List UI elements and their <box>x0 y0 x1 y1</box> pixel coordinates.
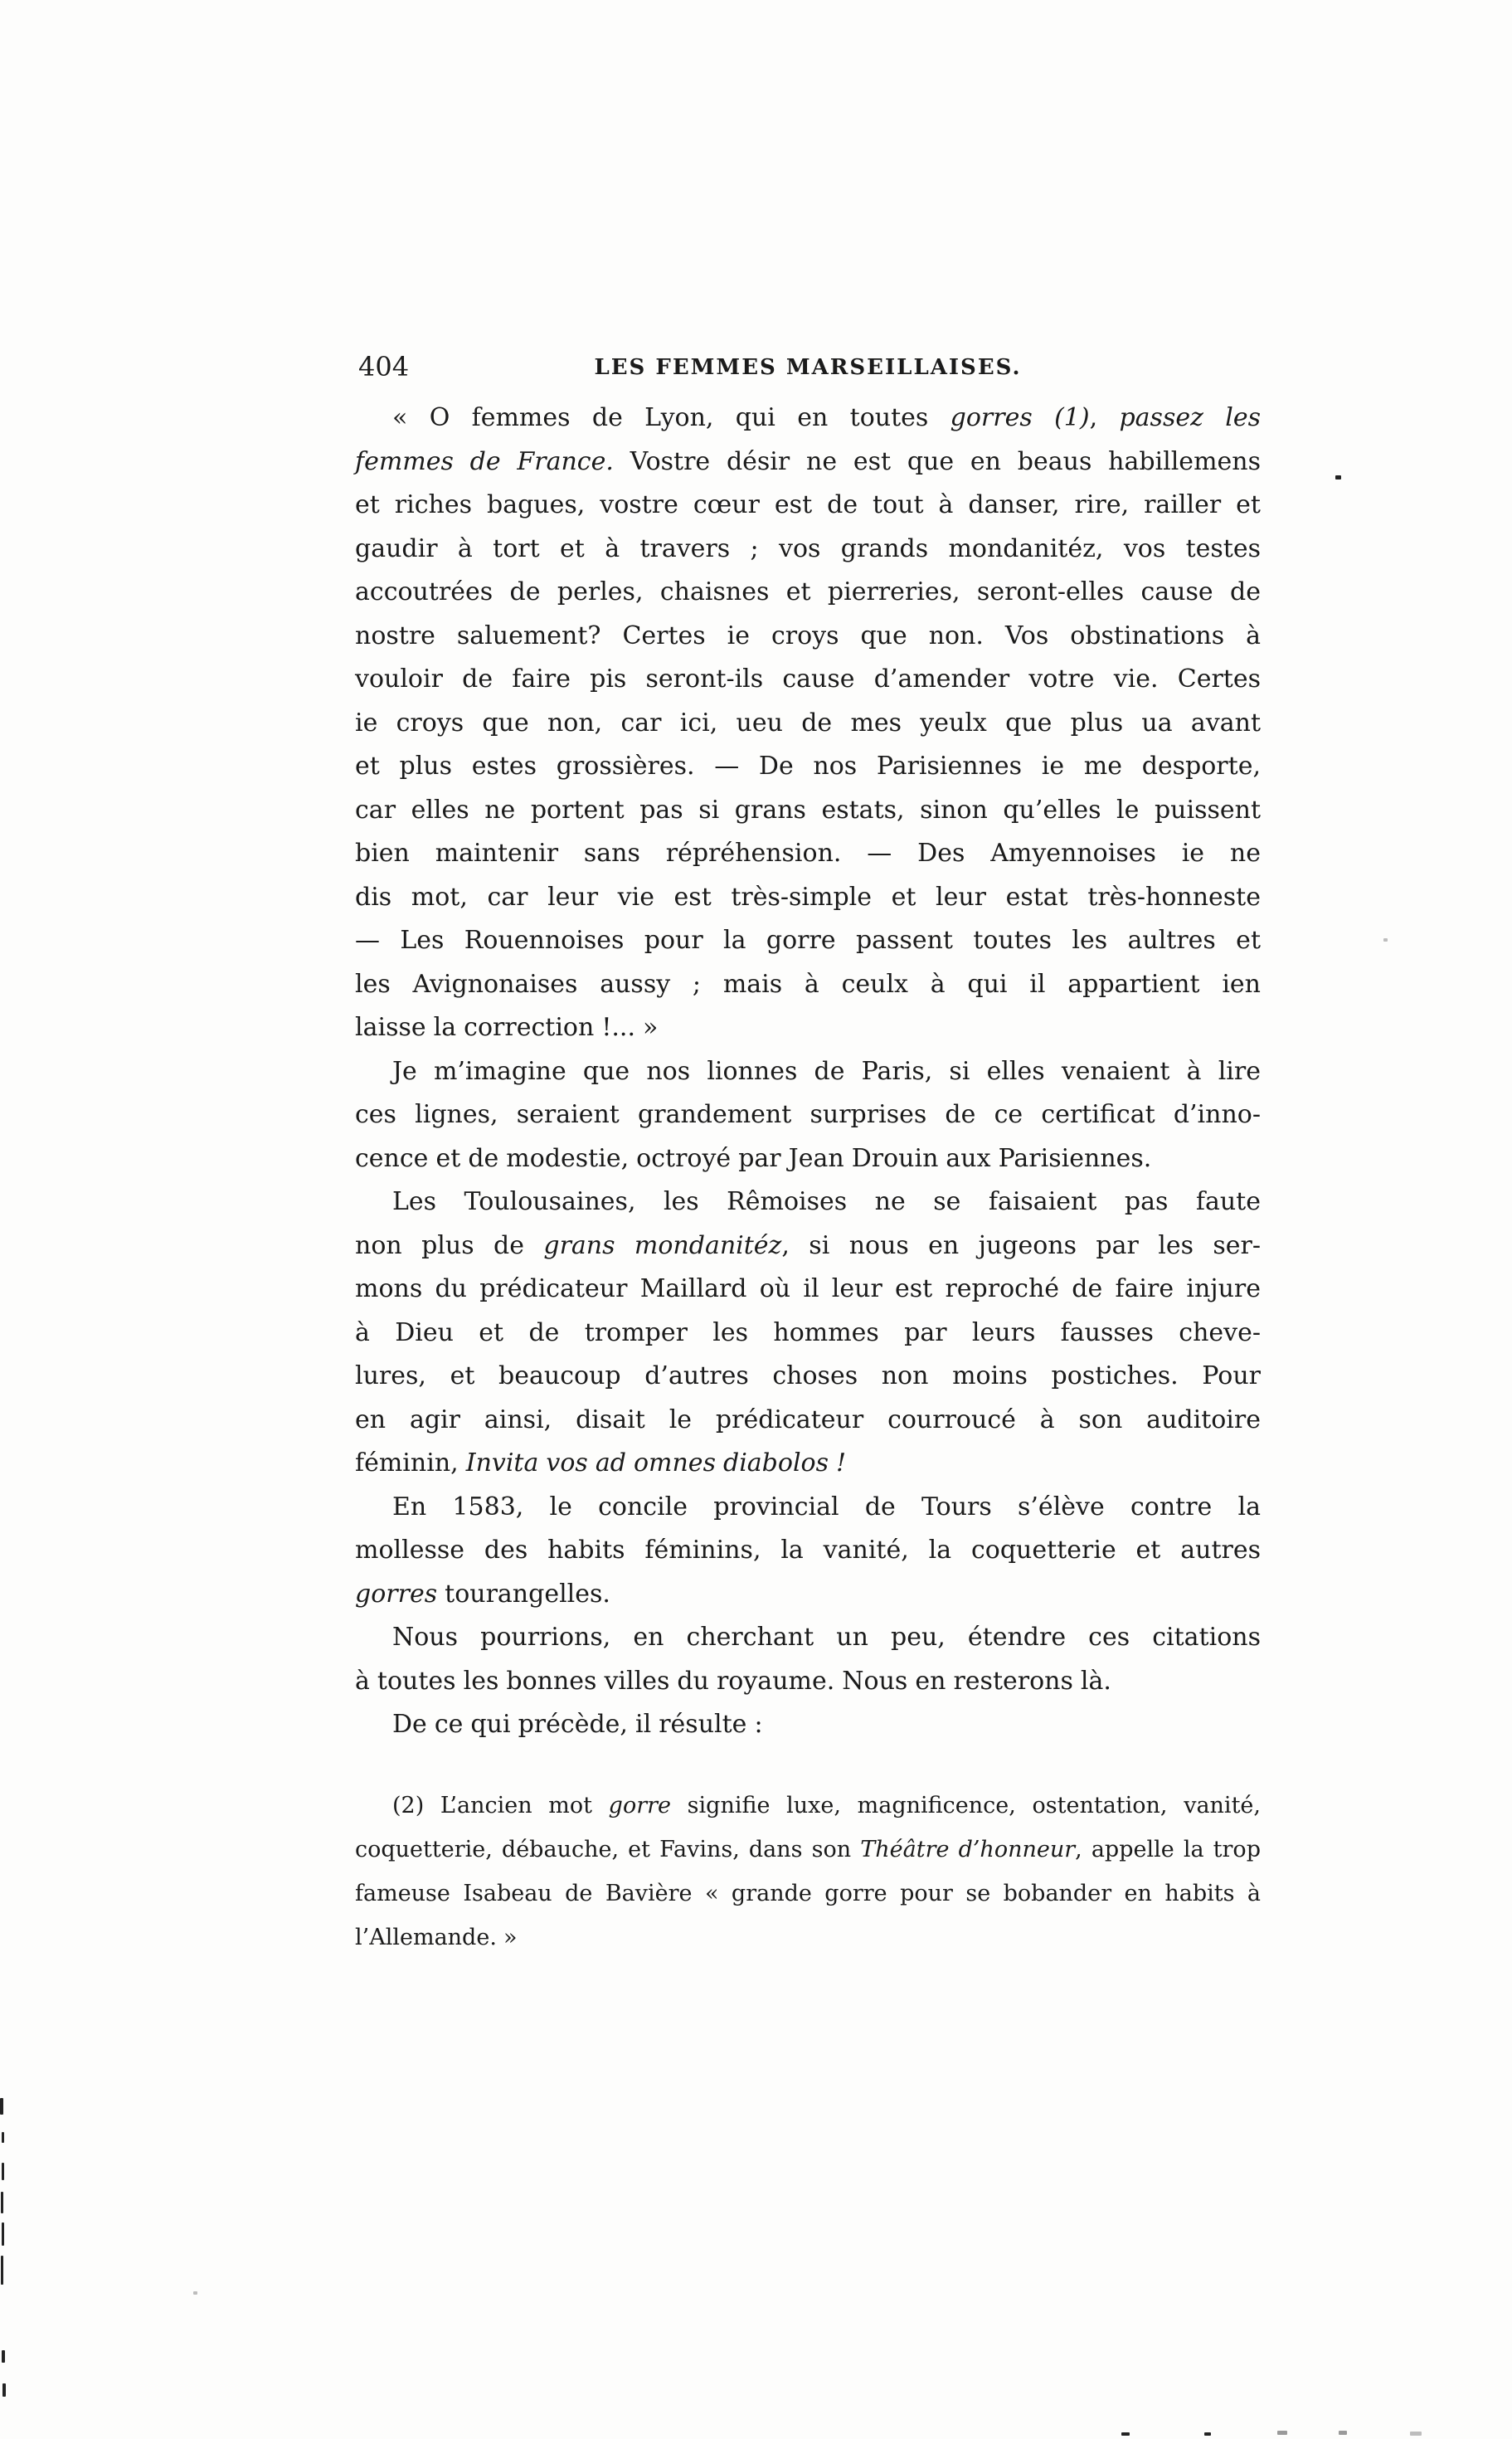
text-segment: gaudir à tort et à travers ; vos grands … <box>355 534 1261 563</box>
text-line: De ce qui précède, il résulte : <box>355 1703 1261 1747</box>
text-line: en agir ainsi, disait le prédicateur cou… <box>355 1399 1261 1443</box>
text-line: lures, et beaucoup d’autres choses non m… <box>355 1355 1261 1399</box>
text-segment: , <box>1090 403 1120 432</box>
text-line: femmes de France. Vostre désir ne est qu… <box>355 441 1261 484</box>
text-line: « O femmes de Lyon, qui en toutes gorres… <box>355 397 1261 441</box>
text-segment: (2) L’ancien mot <box>392 1793 609 1818</box>
text-line: laisse la correction !... » <box>355 1006 1261 1050</box>
text-segment: — Les Rouennoises pour la gorre passent … <box>355 926 1261 955</box>
text-segment: laisse la correction !... » <box>355 1013 658 1042</box>
footnote-text: (2) L’ancien mot gorre signifie luxe, ma… <box>355 1784 1261 1959</box>
text-line: l’Allemande. » <box>355 1916 1261 1959</box>
text-line: Nous pourrions, en cherchant un peu, éte… <box>355 1616 1261 1660</box>
text-segment: « O femmes de Lyon, qui en toutes <box>392 403 950 432</box>
text-line: les Avignonaises aussy ; mais à ceulx à … <box>355 963 1261 1007</box>
text-line: car elles ne portent pas si grans estats… <box>355 789 1261 833</box>
text-line: Je m’imagine que nos lionnes de Paris, s… <box>355 1050 1261 1094</box>
text-line: (2) L’ancien mot gorre signifie luxe, ma… <box>355 1784 1261 1828</box>
text-line: coquetterie, débauche, et Favins, dans s… <box>355 1828 1261 1872</box>
text-segment: à Dieu et de tromper les hommes par leur… <box>355 1318 1261 1347</box>
text-segment: En 1583, le concile provincial de Tours … <box>392 1492 1261 1521</box>
italic-text-segment: passez les <box>1119 403 1261 432</box>
page-header: 404 LES FEMMES MARSEILLAISES. <box>355 352 1261 385</box>
scan-artifact <box>1204 2432 1211 2436</box>
text-segment: les Avignonaises aussy ; mais à ceulx à … <box>355 970 1261 999</box>
text-line: Les Toulousaines, les Rêmoises ne se fai… <box>355 1181 1261 1224</box>
scanned-book-page: 404 LES FEMMES MARSEILLAISES. « O femmes… <box>0 0 1512 2439</box>
text-segment: coquetterie, débauche, et Favins, dans s… <box>355 1837 860 1862</box>
italic-text-segment: gorres <box>355 1580 437 1609</box>
text-segment: ie croys que non, car ici, ueu de mes ye… <box>355 708 1261 738</box>
text-segment: non plus de <box>355 1231 543 1260</box>
text-segment: , appelle la trop <box>1075 1837 1261 1862</box>
text-segment: cence et de modestie, octroyé par Jean D… <box>355 1144 1151 1173</box>
text-line: féminin, Invita vos ad omnes diabolos ! <box>355 1442 1261 1486</box>
text-line: mollesse des habits féminins, la vanité,… <box>355 1529 1261 1573</box>
text-segment: lures, et beaucoup d’autres choses non m… <box>355 1361 1261 1390</box>
text-segment: nostre saluement? Certes ie croys que no… <box>355 621 1261 650</box>
italic-text-segment: Théâtre d’honneur <box>860 1837 1075 1862</box>
text-segment: fameuse Isabeau de Bavière « grande gorr… <box>355 1881 1261 1906</box>
text-segment: Vostre désir ne est que en beaus habille… <box>614 447 1261 476</box>
scan-artifact <box>1277 2431 1287 2435</box>
text-line: accoutrées de perles, chaisnes et pierre… <box>355 571 1261 615</box>
text-line: et riches bagues, vostre cœur est de tou… <box>355 484 1261 528</box>
scan-artifact <box>1335 475 1341 480</box>
text-line: bien maintenir sans répréhension. — Des … <box>355 832 1261 876</box>
text-segment: Les Toulousaines, les Rêmoises ne se fai… <box>392 1187 1261 1216</box>
text-segment: tourangelles. <box>437 1580 610 1609</box>
body-text: « O femmes de Lyon, qui en toutes gorres… <box>355 397 1261 1747</box>
scan-artifact <box>1383 938 1388 942</box>
scan-artifact <box>0 2098 3 2115</box>
text-line: non plus de grans mondanitéz, si nous en… <box>355 1224 1261 1268</box>
scan-artifact <box>1121 2432 1130 2436</box>
scan-artifact <box>2 2350 5 2363</box>
text-segment: bien maintenir sans répréhension. — Des … <box>355 839 1261 868</box>
scan-artifact <box>2 2132 4 2143</box>
text-segment: en agir ainsi, disait le prédicateur cou… <box>355 1405 1261 1434</box>
text-segment: car elles ne portent pas si grans estats… <box>355 796 1261 825</box>
text-segment: De ce qui précède, il résulte : <box>392 1710 763 1739</box>
text-segment: et riches bagues, vostre cœur est de tou… <box>355 490 1261 519</box>
scan-artifact <box>193 2291 197 2295</box>
text-segment: à toutes les bonnes villes du royaume. N… <box>355 1667 1111 1696</box>
text-line: mons du prédicateur Maillard où il leur … <box>355 1268 1261 1312</box>
text-line: gaudir à tort et à travers ; vos grands … <box>355 528 1261 572</box>
text-segment: Nous pourrions, en cherchant un peu, éte… <box>392 1623 1261 1652</box>
running-title: LES FEMMES MARSEILLAISES. <box>355 354 1261 381</box>
text-line: nostre saluement? Certes ie croys que no… <box>355 615 1261 659</box>
text-segment: féminin, <box>355 1448 466 1478</box>
scan-artifact <box>1410 2432 1422 2436</box>
italic-text-segment: gorre <box>609 1793 671 1818</box>
text-segment: mollesse des habits féminins, la vanité,… <box>355 1536 1261 1565</box>
text-segment: l’Allemande. » <box>355 1925 518 1950</box>
italic-text-segment: femmes de France. <box>355 447 614 476</box>
text-line: à toutes les bonnes villes du royaume. N… <box>355 1660 1261 1704</box>
scan-artifact <box>1 2192 3 2213</box>
text-line: ie croys que non, car ici, ueu de mes ye… <box>355 702 1261 746</box>
text-line: vouloir de faire pis seront-ils cause d’… <box>355 658 1261 702</box>
text-line: — Les Rouennoises pour la gorre passent … <box>355 919 1261 963</box>
scan-artifact <box>1339 2431 1347 2435</box>
italic-text-segment: Invita vos ad omnes diabolos ! <box>466 1448 846 1478</box>
text-segment: Je m’imagine que nos lionnes de Paris, s… <box>392 1057 1261 1086</box>
text-line: ces lignes, seraient grandement surprise… <box>355 1093 1261 1137</box>
text-segment: , si nous en jugeons par les ser- <box>781 1231 1261 1260</box>
text-line: à Dieu et de tromper les hommes par leur… <box>355 1312 1261 1356</box>
text-segment: signifie luxe, magnificence, ostentation… <box>671 1793 1261 1818</box>
text-segment: dis mot, car leur vie est très-simple et… <box>355 883 1261 912</box>
text-line: En 1583, le concile provincial de Tours … <box>355 1486 1261 1530</box>
italic-text-segment: gorres (1) <box>950 403 1090 432</box>
text-line: gorres tourangelles. <box>355 1573 1261 1617</box>
text-segment: vouloir de faire pis seront-ils cause d’… <box>355 665 1261 694</box>
text-line: dis mot, car leur vie est très-simple et… <box>355 876 1261 920</box>
text-line: cence et de modestie, octroyé par Jean D… <box>355 1137 1261 1181</box>
text-segment: et plus estes grossières. — De nos Paris… <box>355 752 1261 781</box>
text-segment: ces lignes, seraient grandement surprise… <box>355 1100 1261 1129</box>
scan-artifact <box>2 2222 4 2246</box>
text-line: fameuse Isabeau de Bavière « grande gorr… <box>355 1872 1261 1916</box>
scan-artifact <box>2 2163 4 2180</box>
text-segment: accoutrées de perles, chaisnes et pierre… <box>355 577 1261 606</box>
text-line: et plus estes grossières. — De nos Paris… <box>355 745 1261 789</box>
scan-artifact <box>1 2256 3 2285</box>
text-segment: mons du prédicateur Maillard où il leur … <box>355 1274 1261 1303</box>
scan-artifact <box>2 2383 6 2397</box>
italic-text-segment: grans mondanitéz <box>543 1231 781 1260</box>
